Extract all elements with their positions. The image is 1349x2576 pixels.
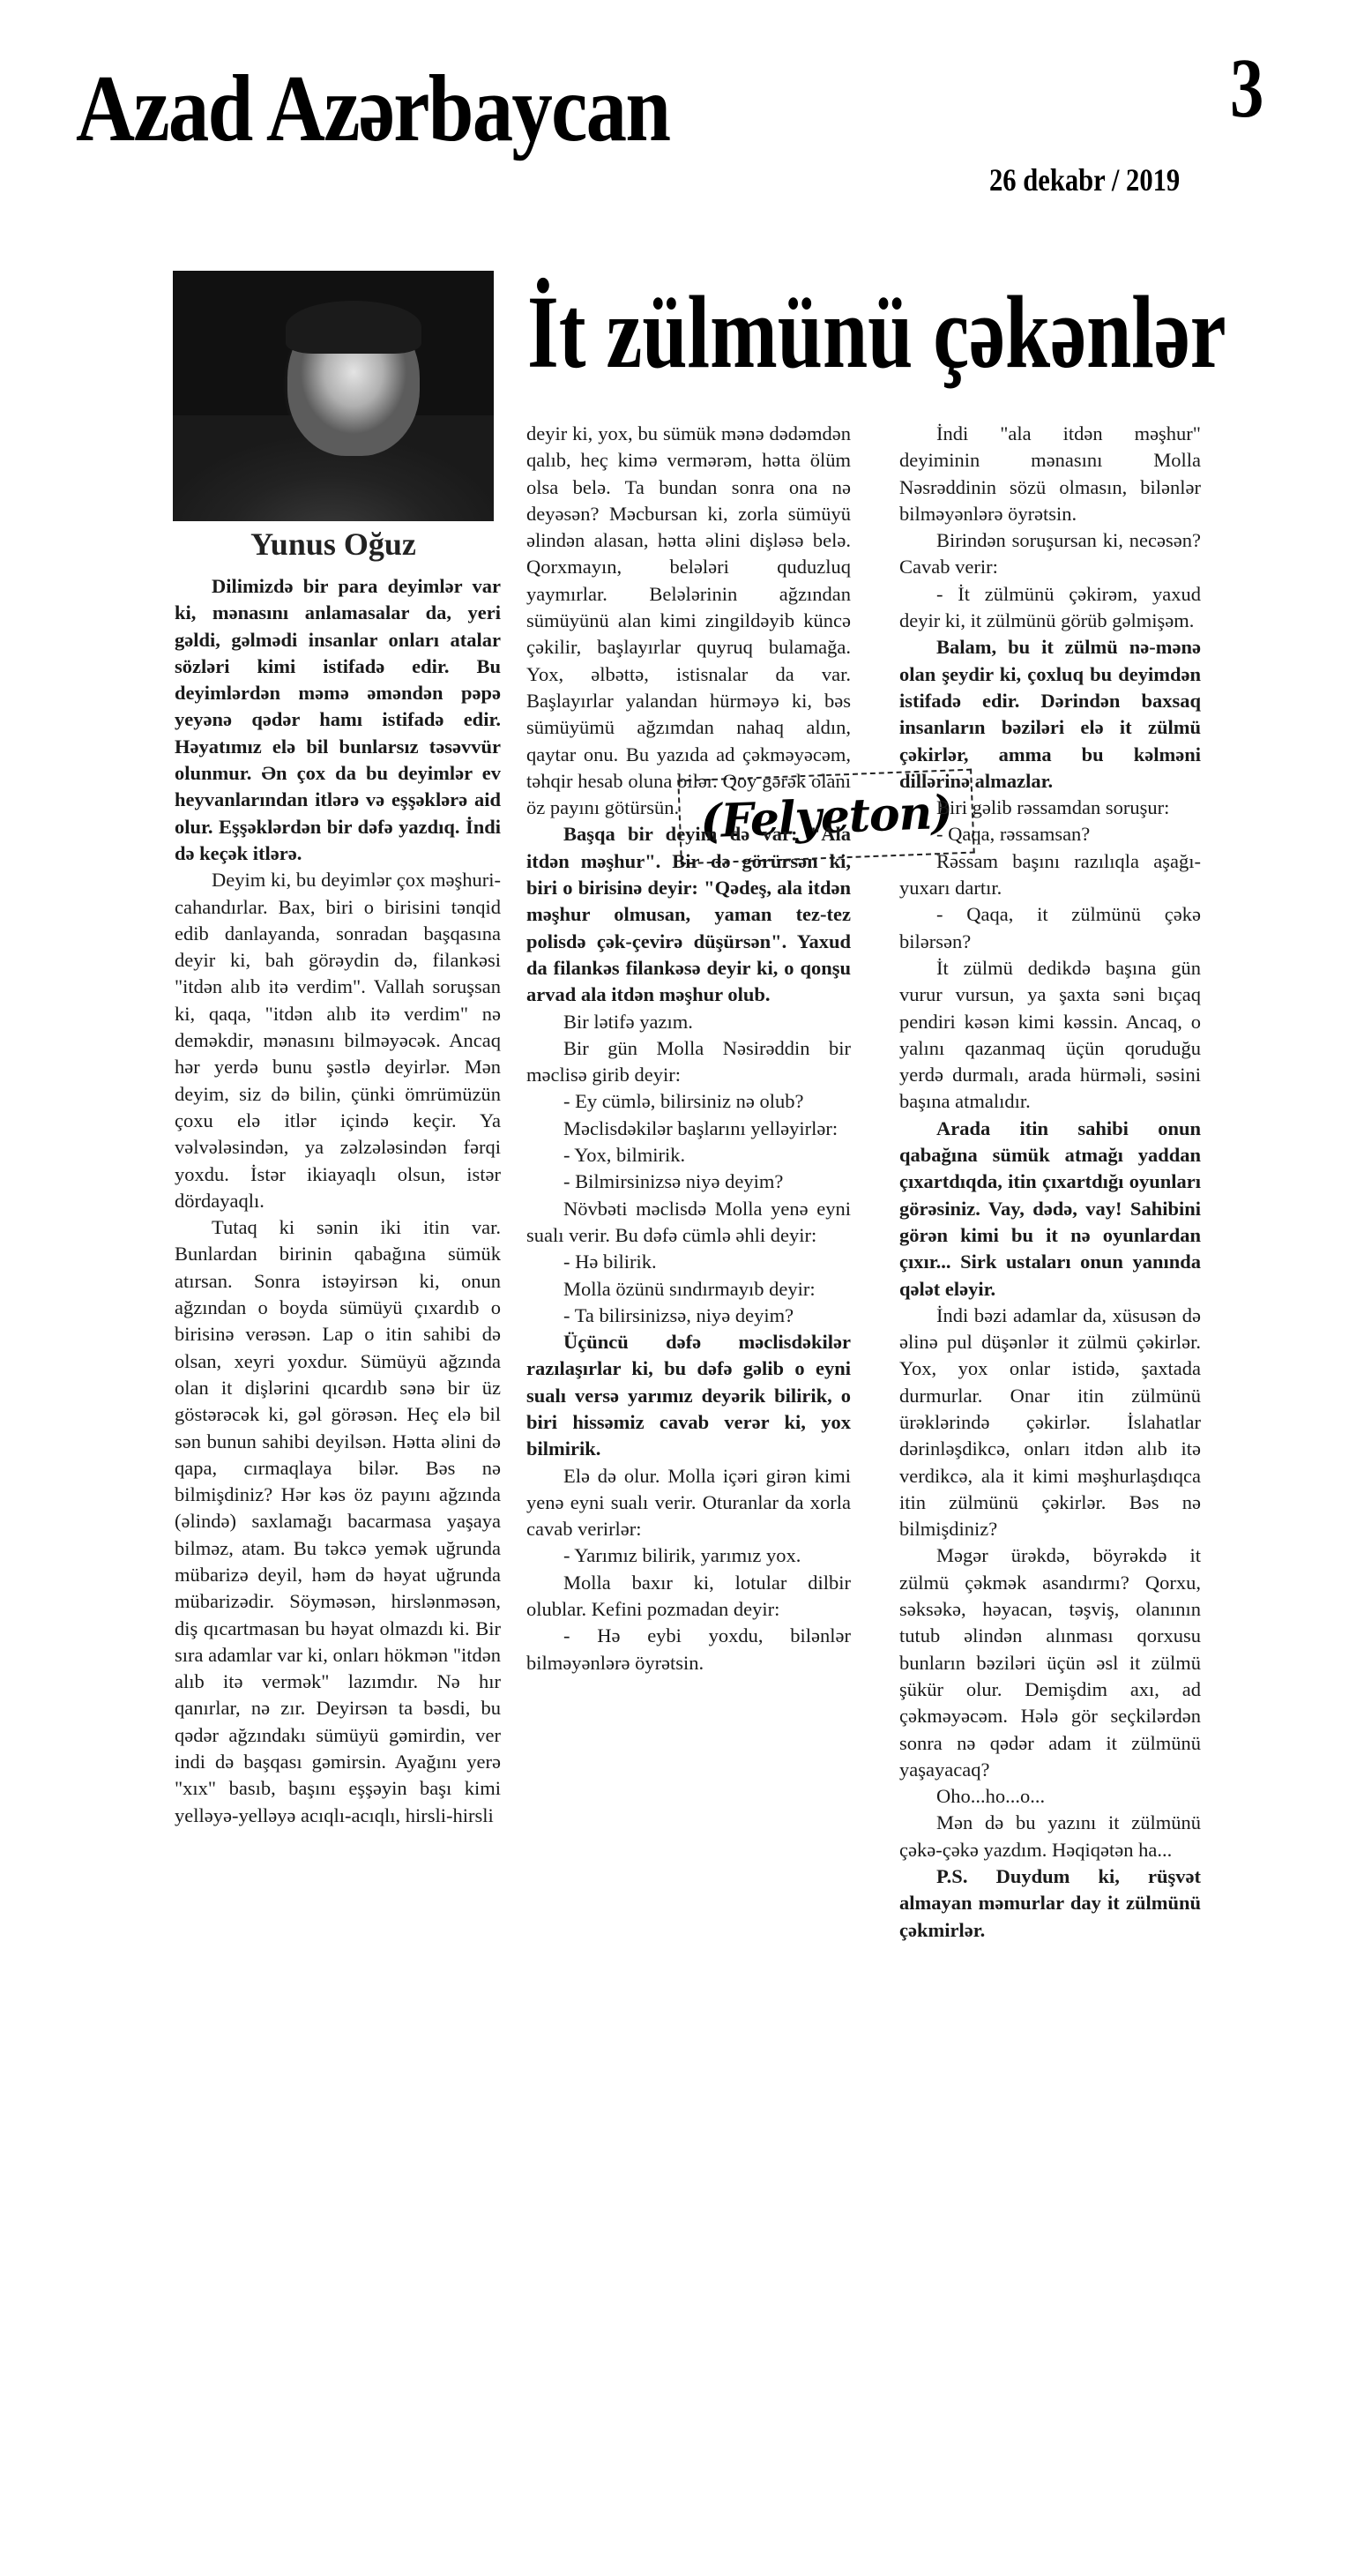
article-column-1: Dilimizdə bir para deyimlər var ki, məna…: [175, 573, 501, 1829]
paragraph: - Qaqa, rəssamsan?: [899, 821, 1201, 847]
article-headline: İt zülmünü çəkənlər: [527, 280, 1226, 385]
paragraph: Mən də bu yazını it zülmünü çəkə-çəkə ya…: [899, 1810, 1201, 1863]
paragraph: Başqa bir deyim də var: "Ala itdən məşhu…: [526, 821, 851, 1008]
paragraph-text-start: deyir ki, yox, bu sümük mənə dədəmdən qa…: [526, 422, 851, 818]
page-number: 3: [1230, 46, 1263, 131]
issue-date: 26 dekabr / 2019: [989, 164, 1180, 196]
masthead: Azad Azərbaycan: [76, 62, 669, 157]
paragraph: İndi bəzi adamlar da, xüsusən də əlinə p…: [899, 1303, 1201, 1543]
paragraph: Molla baxır ki, lotular dilbir olublar. …: [526, 1570, 851, 1624]
paragraph: - Hə bilirik.: [526, 1249, 851, 1275]
paragraph: Deyim ki, bu deyimlər çox məşhuri-cahand…: [175, 867, 501, 1214]
paragraph: Məgər ürəkdə, böyrəkdə it zülmü çəkmək a…: [899, 1542, 1201, 1783]
paragraph: Elə də olur. Molla içəri girən kimi yenə…: [526, 1463, 851, 1543]
author-photo: [173, 271, 494, 521]
paragraph: Birindən soruşursan ki, necəsən? Cavab v…: [899, 527, 1201, 581]
paragraph: Bir lətifə yazım.: [526, 1009, 851, 1035]
paragraph: Biri gəlib rəssamdan soruşur:: [899, 795, 1201, 821]
author-name: Yunus Oğuz: [192, 526, 474, 563]
paragraph: - İt zülmünü çəkirəm, yaxud deyir ki, it…: [899, 581, 1201, 635]
paragraph: Balam, bu it zülmü nə-mənə olan şeydir k…: [899, 634, 1201, 795]
paragraph: Molla özünü sındırmayıb deyir:: [526, 1276, 851, 1303]
paragraph: - Ta bilirsinizsə, niyə deyim?: [526, 1303, 851, 1329]
paragraph: Növbəti məclisdə Molla yenə eyni sualı v…: [526, 1196, 851, 1250]
paragraph: Dilimizdə bir para deyimlər var ki, məna…: [175, 573, 501, 867]
paragraph: Üçüncü dəfə məclisdəkilər razılaşırlar k…: [526, 1329, 851, 1462]
photo-hair: [286, 301, 421, 354]
article-column-2: deyir ki, yox, bu sümük mənə dədəmdən qa…: [526, 421, 851, 1676]
paragraph: Arada itin sahibi onun qabağına sümük at…: [899, 1116, 1201, 1303]
paragraph: P.S. Duydum ki, rüşvət almayan məmurlar …: [899, 1863, 1201, 1944]
paragraph: - Hə eybi yoxdu, bilənlər bilməyənlərə ö…: [526, 1623, 851, 1676]
paragraph: Oho...ho...o...: [899, 1783, 1201, 1810]
article-column-3: İndi "ala itdən məşhur" deyiminin mənası…: [899, 421, 1201, 1944]
paragraph: İt zülmü dedikdə başına gün vurur vursun…: [899, 955, 1201, 1116]
paragraph: Bir gün Molla Nəsirəddin bir məclisə gir…: [526, 1035, 851, 1089]
paragraph: - Yarımız bilirik, yarımız yox.: [526, 1542, 851, 1569]
paragraph: - Qaqa, it zülmünü çəkə bilərsən?: [899, 901, 1201, 955]
paragraph: - Yox, bilmirik.: [526, 1142, 851, 1169]
paragraph: Rəssam başını razılıqla aşağı-yuxarı dar…: [899, 848, 1201, 902]
paragraph: İndi "ala itdən məşhur" deyiminin mənası…: [899, 421, 1201, 527]
paragraph: deyir ki, yox, bu sümük mənə dədəmdən qa…: [526, 421, 851, 821]
paragraph: - Ey cümlə, bilirsiniz nə olub?: [526, 1088, 851, 1115]
paragraph: - Bilmirsinizsə niyə deyim?: [526, 1169, 851, 1195]
paragraph: Məclisdəkilər başlarını yelləyirlər:: [526, 1116, 851, 1142]
paragraph: Tutaq ki sənin iki itin var. Bunlardan b…: [175, 1214, 501, 1829]
